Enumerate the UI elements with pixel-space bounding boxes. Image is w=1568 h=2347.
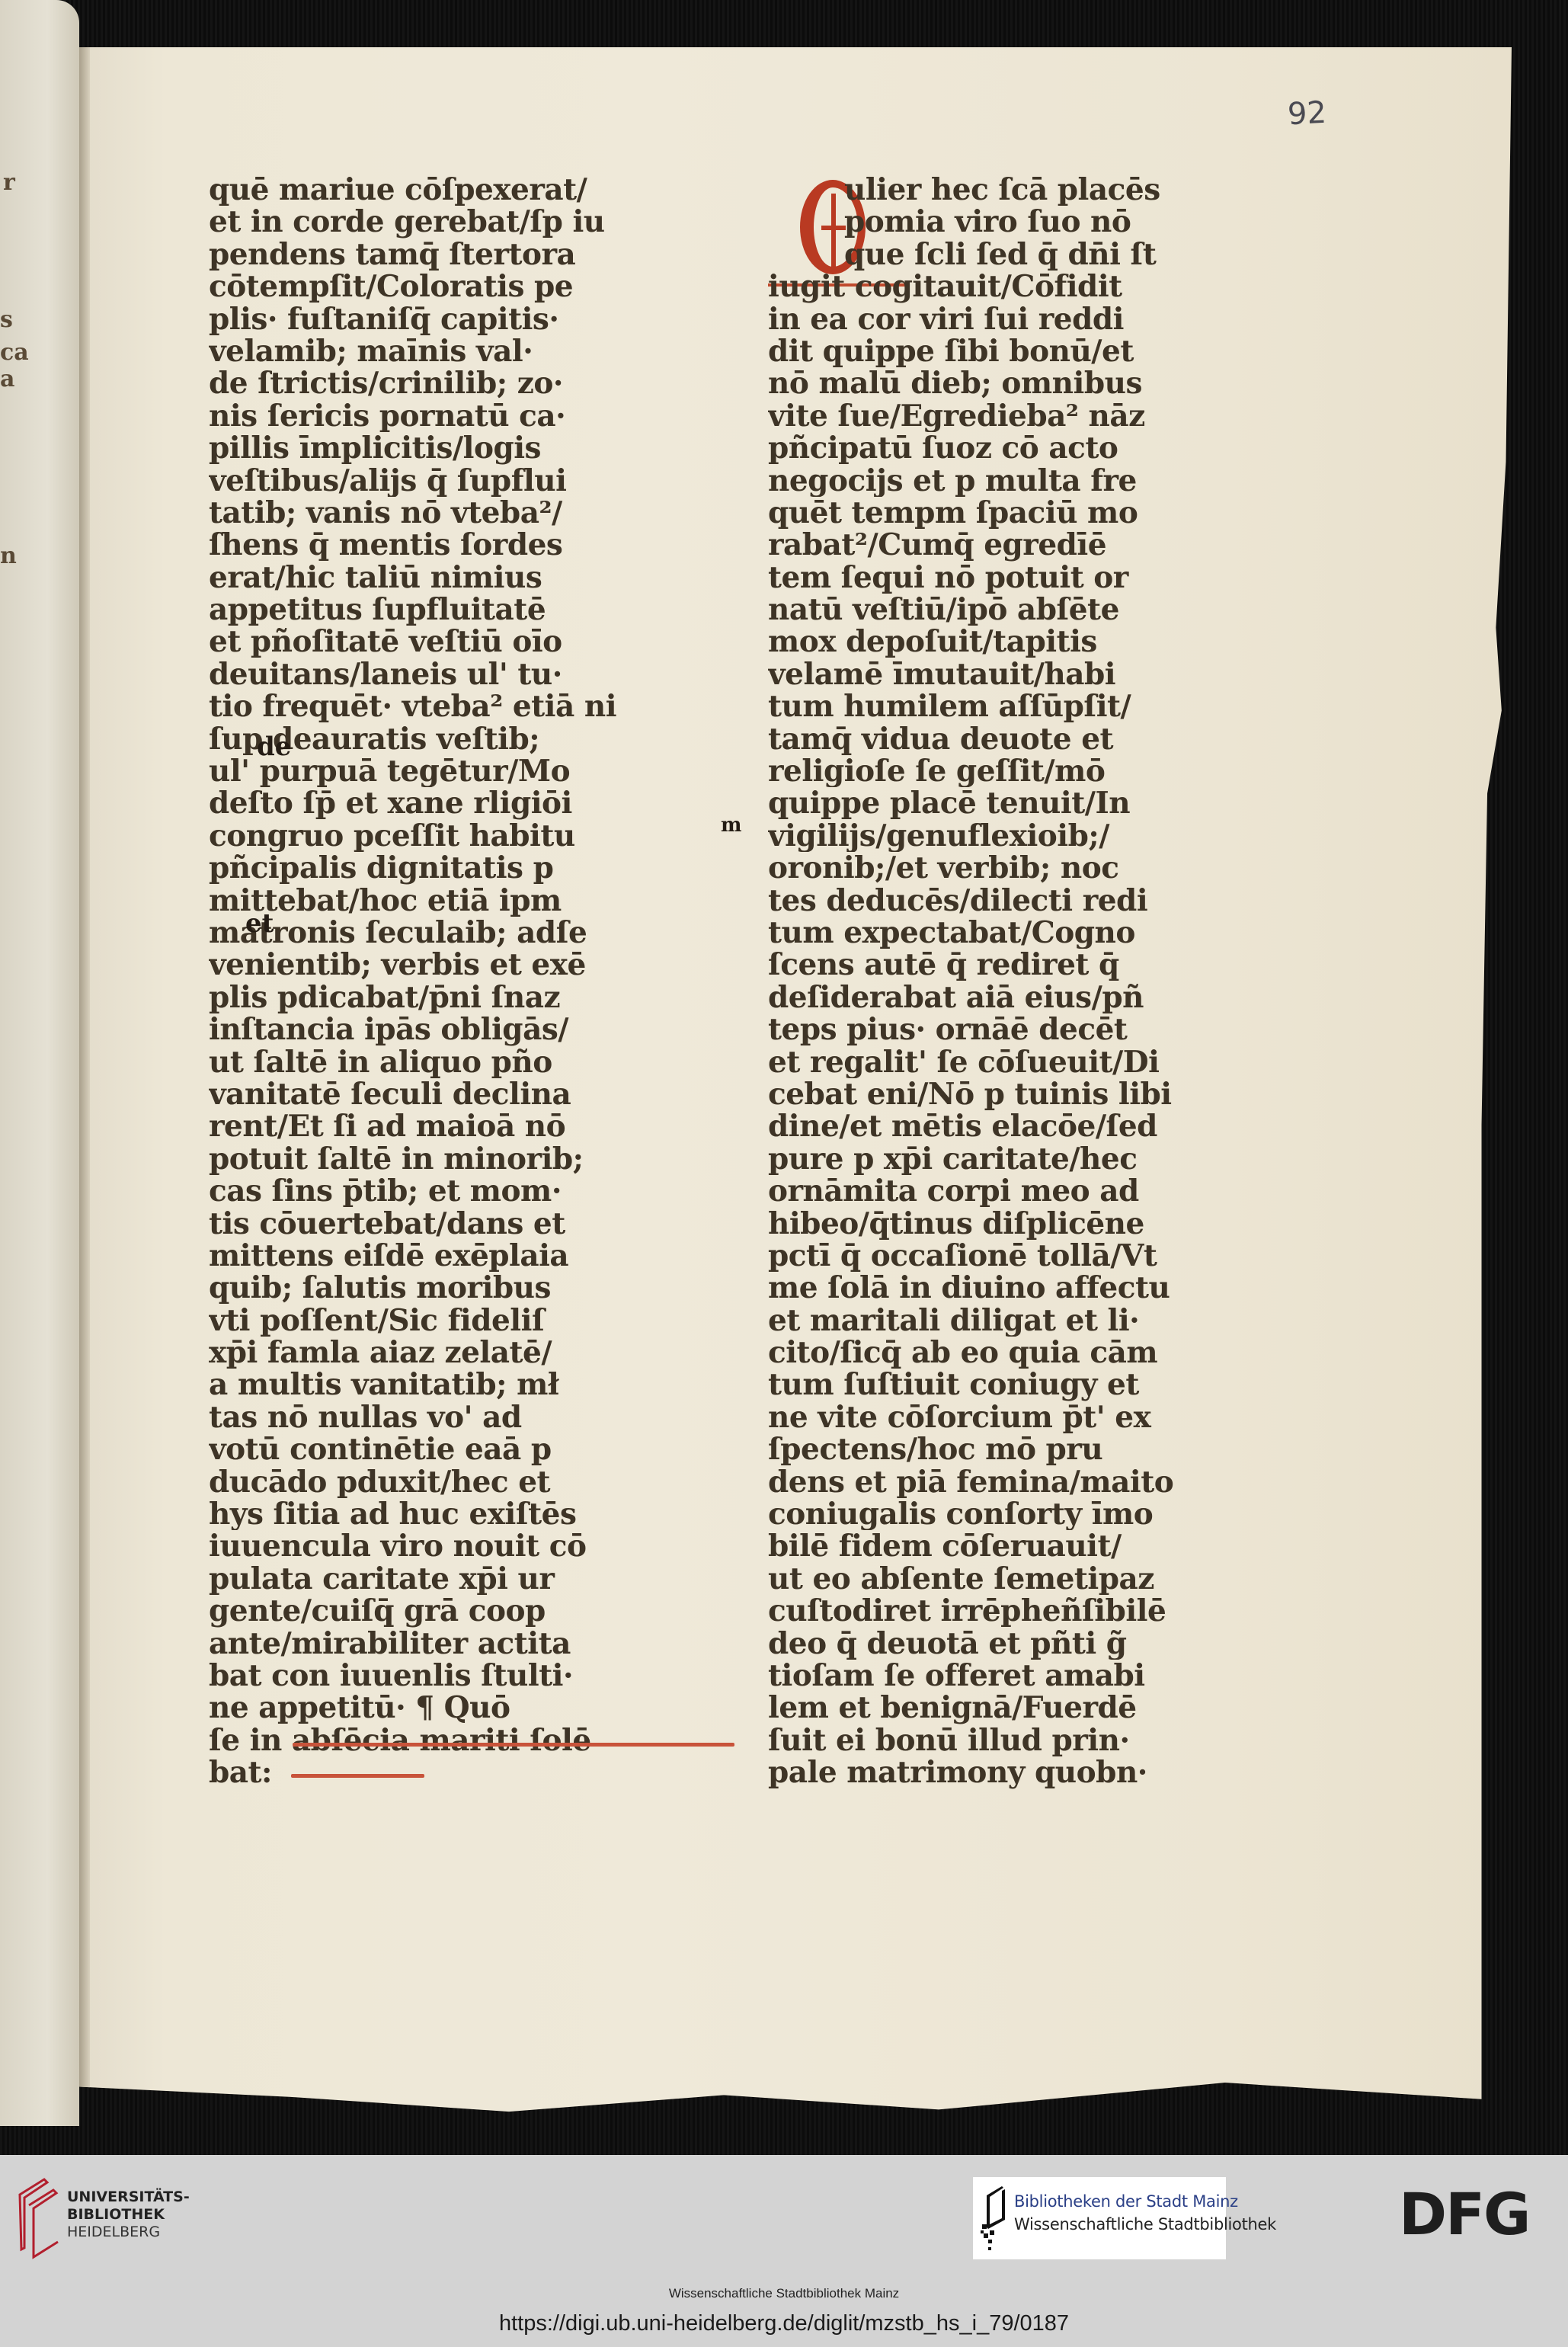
manuscript-line: votū continētie eaā p [209, 1433, 658, 1465]
manuscript-line: ne vite cōſorcium p̄t' ex [768, 1401, 1240, 1433]
manuscript-line: deſiderabat aiā eius/pñ [768, 981, 1240, 1013]
manuscript-line: bilē fidem cōſeruauit/ [768, 1530, 1240, 1562]
manuscript-line: cuſtodiret irrēpheñſibilē [768, 1595, 1240, 1627]
manuscript-line: oronib;/et verbib; noc [768, 852, 1240, 884]
folio-number: 92 [1287, 95, 1327, 133]
mainz-subtitle: Wissenschaftliche Stadtbibliothek [1014, 2215, 1276, 2233]
manuscript-line: tum expectabat/Cogno [768, 917, 1240, 949]
ub-line3: HEIDELBERG [67, 2224, 190, 2241]
manuscript-line: cōtempſit/Coloratis pe [209, 271, 658, 303]
left-text-column: quē mariue cōſpexerat/et in corde gereba… [209, 174, 658, 1789]
manuscript-line: tem ſequi nō potuit or [768, 562, 1240, 594]
margin-note: de [257, 732, 291, 762]
manuscript-line: deo q̄ deuotā et pñti g̃ [768, 1628, 1240, 1660]
manuscript-line: ante/mirabiliter actita [209, 1628, 658, 1660]
manuscript-line: rabat²/Cumq̄ egredīē [768, 529, 1240, 561]
manuscript-line: vanitatē ſeculi declina [209, 1078, 658, 1110]
manuscript-line: erat/hic taliū nimius [209, 562, 658, 594]
margin-note: m [721, 814, 742, 837]
manuscript-line: ut ſaltē in aliquo pño [209, 1046, 658, 1078]
manuscript-line: quēt tempm ſpaciū mo [768, 497, 1240, 529]
manuscript-line: tes deducēs/dilecti redi [768, 885, 1240, 917]
viewer-footer: UNIVERSITÄTS- BIBLIOTHEK HEIDELBERG Bibl… [0, 2156, 1568, 2347]
manuscript-line: pendens tamq̄ ſtertora [209, 239, 658, 271]
manuscript-line: vti poſſent/Sic fideliſ [209, 1305, 658, 1337]
manuscript-line: appetitus ſupfluitatē [209, 594, 658, 626]
manuscript-line: tamq̄ vidua deuote et [768, 723, 1240, 755]
manuscript-line: velamib; maīnis val· [209, 335, 658, 367]
margin-note: et [245, 908, 274, 939]
permalink-url[interactable]: https://digi.ub.uni-heidelberg.de/diglit… [0, 2311, 1568, 2336]
manuscript-line: que ſcli ſed q̄ dn̄i ſt [768, 239, 1240, 271]
left-page-mark: s [0, 306, 13, 333]
manuscript-line: tum humilem aſſūpſit/ [768, 690, 1240, 722]
manuscript-line: deuitans/laneis ul' tu· [209, 658, 658, 690]
manuscript-line: pomia viro ſuo nō [768, 206, 1240, 238]
manuscript-line: hibeo/q̄tinus diſplicēne [768, 1208, 1240, 1240]
manuscript-line: pure p xp̄i caritate/hec [768, 1143, 1240, 1175]
manuscript-line: coniugalis conſorty īmo [768, 1498, 1240, 1530]
manuscript-scan: r s ca a n 92 quē mariue cōſpexerat/et i… [0, 0, 1568, 2155]
manuscript-line: ut eo abſente ſemetipaz [768, 1563, 1240, 1595]
previous-page-edge: r s ca a n [0, 0, 79, 2126]
book-pixel-icon [979, 2185, 1006, 2252]
manuscript-line: ſcens autē q̄ rediret q̄ [768, 949, 1240, 981]
manuscript-line: mittebat/hoc etiā ipm [209, 885, 658, 917]
manuscript-line: pctī q̄ occaſionē tollā/Vt [768, 1240, 1240, 1272]
binding-gutter [79, 47, 90, 2120]
manuscript-line: pñcipalis dignitatis p [209, 852, 658, 884]
manuscript-line: natū veſtiū/ipō abſēte [768, 594, 1240, 626]
manuscript-line: tio frequēt· vteba² etiā ni [209, 690, 658, 722]
manuscript-line: cas ſins p̄tib; et mom· [209, 1175, 658, 1207]
manuscript-line: dens et piā femina/maito [768, 1466, 1240, 1498]
dfg-logo[interactable]: DFG [1399, 2185, 1529, 2243]
manuscript-line: et regalit' ſe cōſueuit/Di [768, 1046, 1240, 1078]
ub-heidelberg-logo-icon[interactable] [14, 2178, 59, 2262]
manuscript-line: quē mariue cōſpexerat/ [209, 174, 658, 206]
right-text-column: ulier hec ſcā placēspomia viro ſuo nōque… [768, 174, 1240, 1789]
mainz-title: Bibliotheken der Stadt Mainz [1014, 2192, 1238, 2211]
manuscript-line: ſe in abſēcia mariti ſolē [209, 1724, 658, 1756]
manuscript-line: me ſolā in diuino affectu [768, 1272, 1240, 1304]
manuscript-line: xp̄i famla aiaz zelatē/ [209, 1337, 658, 1369]
manuscript-line: ſpectens/hoc mō pru [768, 1433, 1240, 1465]
left-page-mark: n [0, 543, 17, 569]
manuscript-line: iuuencula viro nouit cō [209, 1530, 658, 1562]
ub-heidelberg-wordmark[interactable]: UNIVERSITÄTS- BIBLIOTHEK HEIDELBERG [67, 2189, 190, 2241]
manuscript-line: mox depoſuit/tapitis [768, 626, 1240, 658]
manuscript-line: pillis īmplicitis/logis [209, 432, 658, 464]
manuscript-line: iugit cogitauit/Cōfidit [768, 271, 1240, 303]
manuscript-line: ulier hec ſcā placēs [768, 174, 1240, 206]
manuscript-line: mittens eiſdē exēplaia [209, 1240, 658, 1272]
manuscript-line: rent/Et ſi ad maioā nō [209, 1110, 658, 1142]
manuscript-line: bat: [209, 1756, 658, 1788]
left-page-mark: a [0, 366, 14, 392]
manuscript-line: matronis ſeculaib; adſe [209, 917, 658, 949]
manuscript-line: quippe placē tenuit/In [768, 787, 1240, 819]
ub-line1: UNIVERSITÄTS- [67, 2189, 190, 2206]
manuscript-line: plis· fuſtaniſq̄ capitis· [209, 303, 658, 335]
manuscript-line: teps pius· ornāē decēt [768, 1013, 1240, 1045]
manuscript-line: religioſe ſe geſſit/mō [768, 755, 1240, 787]
manuscript-line: cebat eni/Nō p tuinis libi [768, 1078, 1240, 1110]
ub-line2: BIBLIOTHEK [67, 2206, 190, 2224]
manuscript-line: ſuit ei bonū illud prin· [768, 1724, 1240, 1756]
manuscript-line: tioſam ſe offeret amabi [768, 1660, 1240, 1692]
manuscript-line: pale matrimony quobn· [768, 1756, 1240, 1788]
mainz-library-logo[interactable]: Bibliotheken der Stadt Mainz Wissenschaf… [973, 2177, 1226, 2259]
manuscript-line: potuit ſaltē in minorib; [209, 1143, 658, 1175]
manuscript-line: ornāmita corpi meo ad [768, 1175, 1240, 1207]
manuscript-line: vigilijs/genuflexioib;/ [768, 820, 1240, 852]
rubric-underline [291, 1774, 424, 1778]
left-page-mark: r [3, 169, 15, 196]
manuscript-line: inſtancia ipās obligās/ [209, 1013, 658, 1045]
manuscript-line: ſhens q̄ mentis ſordes [209, 529, 658, 561]
manuscript-line: ne appetitū· ¶ Quō [209, 1692, 658, 1724]
manuscript-line: tis cōuertebat/dans et [209, 1208, 658, 1240]
manuscript-line: tatib; vanis nō vteba²/ [209, 497, 658, 529]
manuscript-line: de ſtrictis/crinilib; zo· [209, 367, 658, 399]
holding-library-caption: Wissenschaftliche Stadtbibliothek Mainz [0, 2286, 1568, 2301]
manuscript-line: pulata caritate xp̄i ur [209, 1563, 658, 1595]
manuscript-line: dit quippe ſibi bonū/et [768, 335, 1240, 367]
manuscript-line: dine/et mētis elacōe/ſed [768, 1110, 1240, 1142]
manuscript-line: hys ſitia ad huc exiſtēs [209, 1498, 658, 1530]
manuscript-line: velamē īmutauit/habi [768, 658, 1240, 690]
manuscript-line: tas nō nullas vo' ad [209, 1401, 658, 1433]
manuscript-line: a multis vanitatib; mł [209, 1369, 658, 1401]
manuscript-line: et maritali diligat et li· [768, 1305, 1240, 1337]
manuscript-line: quib; ſalutis moribus [209, 1272, 658, 1304]
manuscript-line: et pñoſitatē veſtiū oīo [209, 626, 658, 658]
manuscript-line: congruo pceſſit habitu [209, 820, 658, 852]
manuscript-line: plis pdicabat/p̄ni ſnaz [209, 981, 658, 1013]
manuscript-line: tum ſuſtiuit coniugy et [768, 1369, 1240, 1401]
manuscript-line: gente/cuiſq̄ grā coop [209, 1595, 658, 1627]
manuscript-line: nō malū dieb; omnibus [768, 367, 1240, 399]
manuscript-line: negocijs et p multa fre [768, 465, 1240, 497]
manuscript-line: deſto ſp̄ et xane rligiōi [209, 787, 658, 819]
manuscript-line: ducādo pduxit/hec et [209, 1466, 658, 1498]
manuscript-line: lem et benignā/Fuerdē [768, 1692, 1240, 1724]
manuscript-line: in ea cor viri ſui reddi [768, 303, 1240, 335]
left-page-mark: ca [0, 339, 29, 366]
manuscript-line: bat con iuuenlis ſtulti· [209, 1660, 658, 1692]
manuscript-line: et in corde gerebat/ſp iu [209, 206, 658, 238]
manuscript-line: pñcipatū ſuoz cō acto [768, 432, 1240, 464]
manuscript-line: vite ſue/Egredieba² nāz [768, 400, 1240, 432]
manuscript-line: veſtibus/alijs q̄ ſupflui [209, 465, 658, 497]
rubric-underline [293, 1743, 734, 1747]
manuscript-line: cito/ſicq̄ ab eo quia cām [768, 1337, 1240, 1369]
manuscript-line: venientib; verbis et exē [209, 949, 658, 981]
manuscript-line: nis ſericis pornatū ca· [209, 400, 658, 432]
